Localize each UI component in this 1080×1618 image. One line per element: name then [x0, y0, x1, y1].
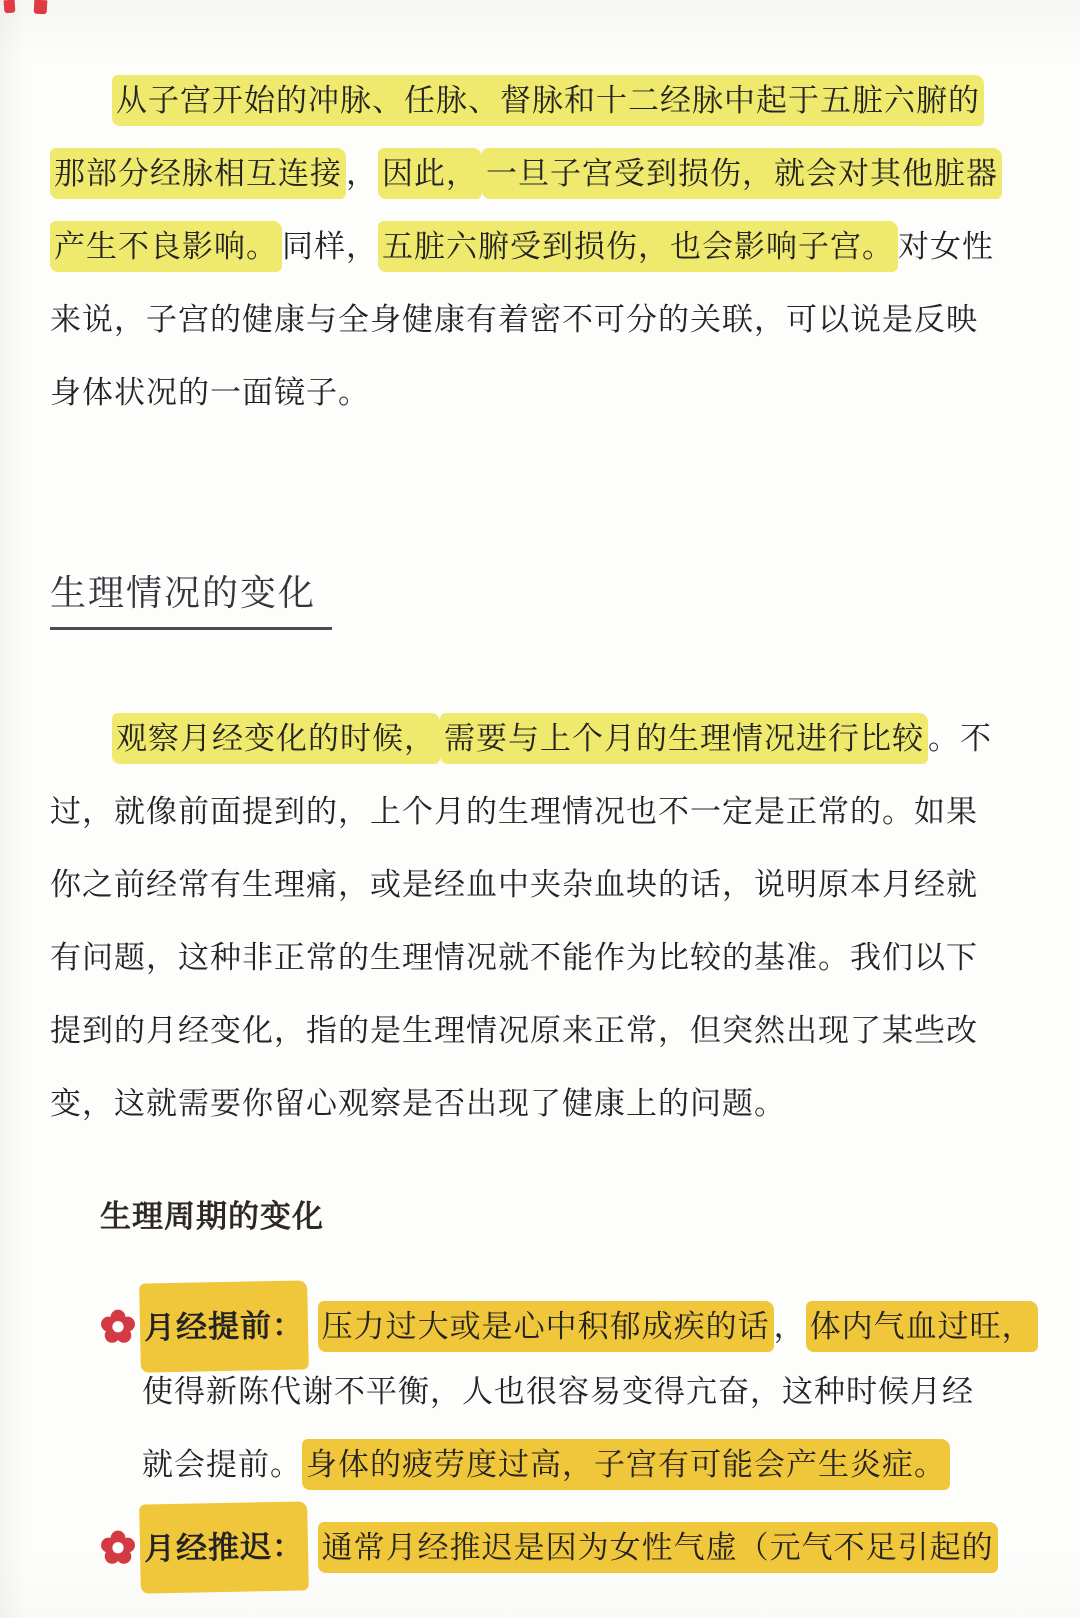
red-mark-icon	[34, 0, 48, 14]
text-segment: 使得新陈代谢不平衡，人也很容易变得亢奋，这种时候月经	[142, 1374, 974, 1409]
highlighted-text: 压力过大或是心中积郁成疾的话	[318, 1301, 774, 1352]
text-line: 观察月经变化的时候，需要与上个月的生理情况进行比较。不	[50, 702, 1052, 775]
highlighted-text: 需要与上个月的生理情况进行比较	[440, 713, 928, 764]
bullet-item: 月经提前： 压力过大或是心中积郁成疾的话，体内气血过旺，使得新陈代谢不平衡，人也…	[100, 1282, 1052, 1501]
highlighted-text: 身体的疲劳度过高，子宫有可能会产生炎症。	[302, 1439, 950, 1490]
section-heading: 生理情况的变化	[50, 571, 1052, 630]
text-line: 过，就像前面提到的，上个月的生理情况也不一定是正常的。如果	[50, 775, 1052, 848]
red-mark-icon	[4, 0, 16, 13]
text-line: 那部分经脉相互连接，因此，一旦子宫受到损伤，就会对其他脏器	[50, 137, 1052, 210]
text-segment: ，	[346, 156, 378, 191]
highlighted-text: 一旦子宫受到损伤，就会对其他脏器	[482, 148, 1002, 199]
text-segment: 有问题，这种非正常的生理情况就不能作为比较的基准。我们以下	[50, 940, 978, 975]
highlighted-text: 那部分经脉相互连接	[50, 148, 346, 199]
text-line: 从子宫开始的冲脉、任脉、督脉和十二经脉中起于五脏六腑的	[50, 64, 1052, 137]
highlighted-text: 通常月经推迟是因为女性气虚（元气不足引起的	[318, 1522, 998, 1573]
paragraph-meridians: 从子宫开始的冲脉、任脉、督脉和十二经脉中起于五脏六腑的那部分经脉相互连接，因此，…	[50, 64, 1052, 429]
bullet-list: 月经提前： 压力过大或是心中积郁成疾的话，体内气血过旺，使得新陈代谢不平衡，人也…	[50, 1282, 1052, 1576]
text-line: 就会提前。身体的疲劳度过高，子宫有可能会产生炎症。	[100, 1428, 1052, 1501]
flower-icon	[100, 1309, 136, 1345]
text-segment: 过，就像前面提到的，上个月的生理情况也不一定是正常的。如果	[50, 794, 978, 829]
text-segment: 你之前经常有生理痛，或是经血中夹杂血块的话，说明原本月经就	[50, 867, 978, 902]
bullet-label: 月经推迟：	[139, 1501, 309, 1593]
text-line: 有问题，这种非正常的生理情况就不能作为比较的基准。我们以下	[50, 921, 1052, 994]
text-line: 月经推迟： 通常月经推迟是因为女性气虚（元气不足引起的	[100, 1503, 1052, 1576]
highlighted-text: 五脏六腑受到损伤，也会影响子宫。	[378, 221, 898, 272]
flower-icon	[100, 1530, 136, 1566]
text-line: 身体状况的一面镜子。	[50, 356, 1052, 429]
text-line: 变，这就需要你留心观察是否出现了健康上的问题。	[50, 1067, 1052, 1140]
page-content: 从子宫开始的冲脉、任脉、督脉和十二经脉中起于五脏六腑的那部分经脉相互连接，因此，…	[0, 0, 1080, 1576]
highlighted-text: 体内气血过旺，	[806, 1301, 1038, 1352]
highlighted-text: 从子宫开始的冲脉、任脉、督脉和十二经脉中起于五脏六腑的	[112, 75, 984, 126]
text-line: 来说，子宫的健康与全身健康有着密不可分的关联，可以说是反映	[50, 283, 1052, 356]
text-segment: 提到的月经变化，指的是生理情况原来正常，但突然出现了某些改	[50, 1013, 978, 1048]
text-segment: 对女性	[898, 229, 994, 264]
text-segment: 。不	[928, 721, 992, 756]
text-segment: 身体状况的一面镜子。	[50, 375, 370, 410]
text-segment: 同样，	[282, 229, 378, 264]
text-segment: 变，这就需要你留心观察是否出现了健康上的问题。	[50, 1086, 786, 1121]
book-page: 从子宫开始的冲脉、任脉、督脉和十二经脉中起于五脏六腑的那部分经脉相互连接，因此，…	[0, 0, 1080, 1618]
section-heading-text: 生理情况的变化	[50, 571, 332, 630]
highlighted-text: 因此，	[378, 148, 482, 199]
text-segment: 来说，子宫的健康与全身健康有着密不可分的关联，可以说是反映	[50, 302, 978, 337]
paragraph-observation: 观察月经变化的时候，需要与上个月的生理情况进行比较。不过，就像前面提到的，上个月…	[50, 702, 1052, 1140]
bullet-item: 月经推迟： 通常月经推迟是因为女性气虚（元气不足引起的	[100, 1503, 1052, 1576]
text-line: 产生不良影响。同样，五脏六腑受到损伤，也会影响子宫。对女性	[50, 210, 1052, 283]
highlighted-text: 产生不良影响。	[50, 221, 282, 272]
bullet-label: 月经提前：	[139, 1280, 309, 1372]
text-line: 提到的月经变化，指的是生理情况原来正常，但突然出现了某些改	[50, 994, 1052, 1067]
text-segment: ，	[774, 1309, 806, 1344]
text-line: 月经提前： 压力过大或是心中积郁成疾的话，体内气血过旺，	[100, 1282, 1052, 1355]
subsection-heading: 生理周期的变化	[50, 1196, 1052, 1238]
text-segment: 就会提前。	[142, 1447, 302, 1482]
text-line: 你之前经常有生理痛，或是经血中夹杂血块的话，说明原本月经就	[50, 848, 1052, 921]
highlighted-text: 观察月经变化的时候，	[112, 713, 440, 764]
